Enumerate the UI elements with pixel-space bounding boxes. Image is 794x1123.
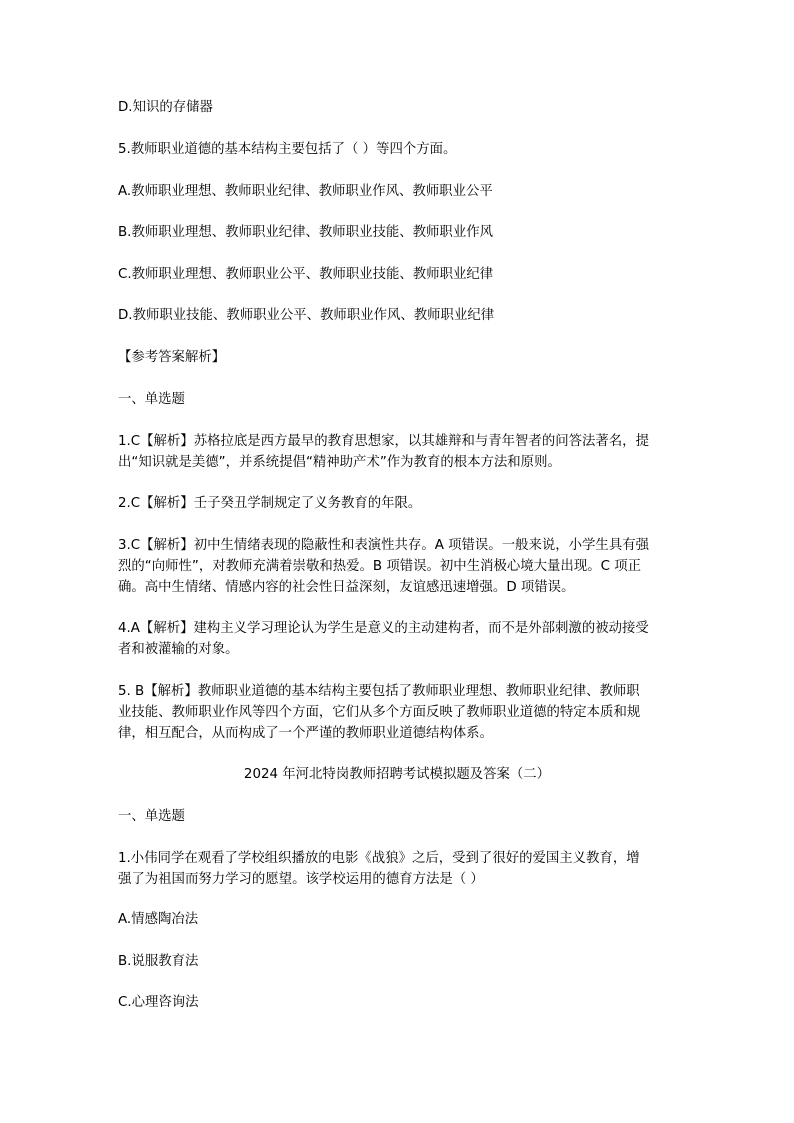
answer-5: 5. B【解析】教师职业道德的基本结构主要包括了教师职业理想、教师职业纪律、教师… xyxy=(118,681,684,744)
answer-line: 烈的“向师性”，对教师充满着崇敬和热爱。B 项错误。初中生消极心境大量出现。C … xyxy=(118,556,684,577)
stem-line: 1.小伟同学在观看了学校组织播放的电影《战狼》之后，受到了很好的爱国主义教育，增 xyxy=(118,848,684,869)
answer-2: 2.C【解析】壬子癸丑学制规定了义务教育的年限。 xyxy=(118,493,684,514)
answer-line: 律，相互配合，从而构成了一个严谨的教师职业道德结构体系。 xyxy=(118,723,684,744)
answer-line: 1.C【解析】苏格拉底是西方最早的教育思想家，以其雄辩和与青年智者的问答法著名，… xyxy=(118,431,684,452)
part2-section-heading: 一、单选题 xyxy=(118,806,185,827)
answer-line: 3.C【解析】初中生情绪表现的隐蔽性和表演性共存。A 项错误。一般来说，小学生具… xyxy=(118,535,684,556)
answers-heading: 【参考答案解析】 xyxy=(118,347,225,368)
answer-line: 出“知识就是美德”，并系统提倡“精神助产术”作为教育的根本方法和原则。 xyxy=(118,452,684,473)
q5-option-d: D.教师职业技能、教师职业公平、教师职业作风、教师职业纪律 xyxy=(118,305,494,326)
answer-line: 业技能、教师职业作风等四个方面，它们从多个方面反映了教师职业道德的特定本质和规 xyxy=(118,702,684,723)
q5-option-b: B.教师职业理想、教师职业纪律、教师职业技能、教师职业作风 xyxy=(118,222,493,243)
answer-line: 确。高中生情绪、情感内容的社会性日益深刻，友谊感迅速增强。D 项错误。 xyxy=(118,577,684,598)
answer-3: 3.C【解析】初中生情绪表现的隐蔽性和表演性共存。A 项错误。一般来说，小学生具… xyxy=(118,535,684,598)
stem-line: 强了为祖国而努力学习的愿望。该学校运用的德育方法是（ ） xyxy=(118,869,684,890)
q4-option-d: D.知识的存储器 xyxy=(118,97,213,118)
q5-option-c: C.教师职业理想、教师职业公平、教师职业技能、教师职业纪律 xyxy=(118,264,493,285)
part2-q1-stem: 1.小伟同学在观看了学校组织播放的电影《战狼》之后，受到了很好的爱国主义教育，增… xyxy=(118,848,684,890)
part2-q1-option-b: B.说服教育法 xyxy=(118,951,198,972)
answer-4: 4.A【解析】建构主义学习理论认为学生是意义的主动建构者，而不是外部刺激的被动接… xyxy=(118,618,684,660)
answer-1: 1.C【解析】苏格拉底是西方最早的教育思想家，以其雄辩和与青年智者的问答法著名，… xyxy=(118,431,684,473)
answer-line: 5. B【解析】教师职业道德的基本结构主要包括了教师职业理想、教师职业纪律、教师… xyxy=(118,681,684,702)
answer-line: 者和被灌输的对象。 xyxy=(118,639,684,660)
part2-title: 2024 年河北特岗教师招聘考试模拟题及答案（二） xyxy=(0,764,794,785)
answer-line: 4.A【解析】建构主义学习理论认为学生是意义的主动建构者，而不是外部刺激的被动接… xyxy=(118,618,684,639)
part2-q1-option-c: C.心理咨询法 xyxy=(118,992,199,1013)
part2-q1-option-a: A.情感陶冶法 xyxy=(118,909,198,930)
answer-line: 2.C【解析】壬子癸丑学制规定了义务教育的年限。 xyxy=(118,493,684,514)
section-heading: 一、单选题 xyxy=(118,389,185,410)
q5-stem: 5.教师职业道德的基本结构主要包括了（ ）等四个方面。 xyxy=(118,139,456,160)
q5-option-a: A.教师职业理想、教师职业纪律、教师职业作风、教师职业公平 xyxy=(118,181,493,202)
